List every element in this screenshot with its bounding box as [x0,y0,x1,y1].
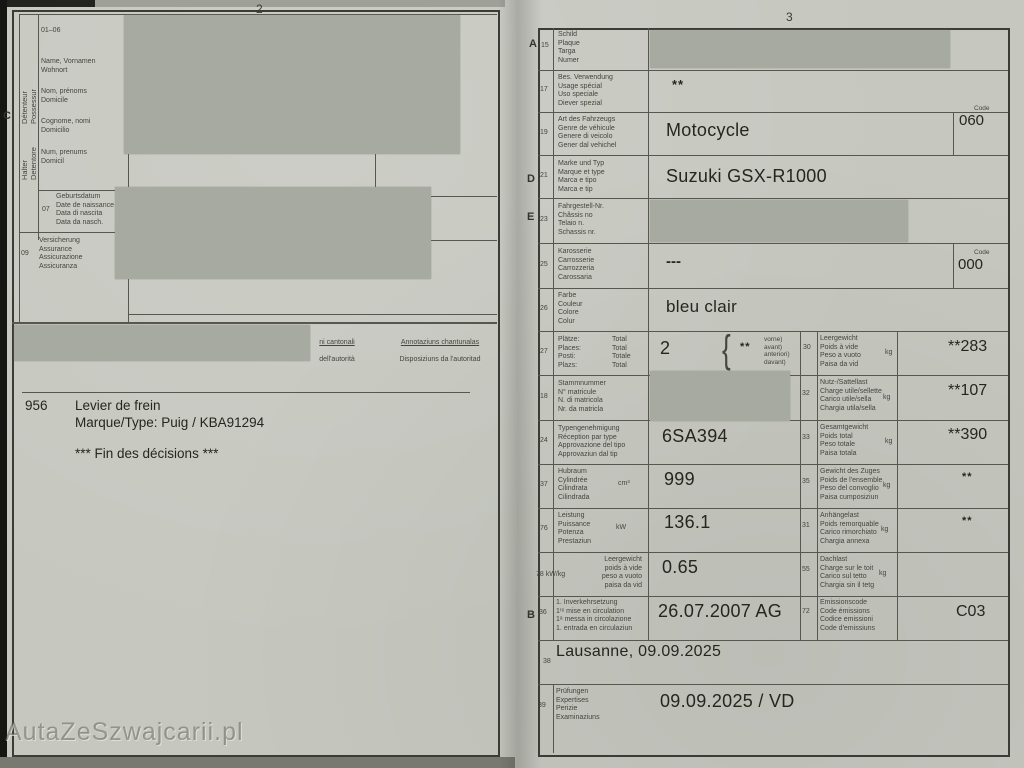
page-fold-shadow [498,0,542,768]
field-number-31: 31 [802,522,810,529]
displacement-label: Hubraum Cylindrée Cilindrata Cilindrada [558,468,590,502]
issue-value: Lausanne, 09.09.2025 [556,643,721,661]
seats-front-labels: vorne) avant) anteriori) davant) [764,336,790,366]
make-type-label: Marke und Typ Marque et type Marca e tip… [558,160,605,194]
grid-line [538,684,1008,685]
redacted-plate-number [650,30,950,68]
first-registration-label: 1. Inverkehrsetzung 1ʳᵉ mise en circulat… [556,599,632,633]
section-letter-c: C [3,110,11,122]
color-value: bleu clair [666,297,737,317]
power-weight-label: Leergewicht poids à vide peso a vuoto pa… [584,556,642,590]
grid-line [538,198,1008,199]
grid-line [538,70,1008,71]
field-number-30: 30 [803,344,811,351]
train-weight-value: ** [962,471,973,483]
field-number-35: 35 [802,478,810,485]
field-number-36: 36 [539,609,547,616]
first-registration-value: 26.07.2007 AG [658,601,782,622]
field-number-72: 72 [802,608,810,615]
redacted-holder-name [124,15,460,154]
section-letter-b: B [527,609,535,621]
vehicle-type-code-label: Code [974,105,990,112]
cantonal-header-rm: Annotaziuns chantunalas Disposiziuns da … [388,330,492,364]
empty-weight-unit: kg [885,349,892,356]
grid-line [128,314,497,315]
body-label: Karosserie Carrosserie Carrozzeria Caros… [558,248,594,282]
color-label: Farbe Couleur Colore Colur [558,292,583,326]
scan-bottom-edge [0,757,515,768]
holder-name-label-de: Name, Vornamen Wohnort [41,58,95,75]
field-number-76: 76 [540,525,548,532]
grid-line [538,508,1008,509]
payload-label: Nutz-/Sattellast Charge utile/sellette C… [820,379,882,413]
train-weight-label: Gewicht des Zuges Poids de l'ensemble Pe… [820,468,882,502]
vehicle-type-label: Art des Fahrzeugs Genre de véhicule Gene… [558,116,616,150]
power-value: 136.1 [664,512,711,533]
birthdate-label: Geburtsdatum Date de naissance Data di n… [56,193,114,227]
grid-line [538,331,1008,332]
field-number-38: 38 [543,658,551,665]
empty-weight-value: **283 [948,338,987,356]
grid-line [538,640,1008,641]
inspections-value: 09.09.2025 / VD [660,691,795,712]
grid-line [538,464,1008,465]
cantonal-header-it: ni cantonali dell'autorità [308,330,366,364]
grid-line [553,684,554,753]
emissions-label: Emissionscode Code émissions Codice emis… [820,599,875,633]
grid-line [953,243,954,288]
holder-name-label-fr: Nom, prénoms Domicile [41,88,87,105]
grid-line [648,28,649,640]
holder-name-label-rm: Num, prenums Domicil [41,149,87,166]
grid-line [800,331,801,640]
redacted-cantonal-header [14,325,310,361]
field-number-19: 19 [540,129,548,136]
seats-value: 2 [660,338,670,359]
special-use-value: ** [672,77,684,92]
serial-label: Stammnummer N° matricule N. di matricola… [558,380,606,414]
seats-label: Plätze: Places: Posti: Plazs: [558,336,581,370]
decisions-divider [22,392,470,393]
decision-line2: Marque/Type: Puig / KBA91294 [75,415,264,430]
field-number-23: 23 [540,216,548,223]
body-code-label: Code [974,249,990,256]
field-number-07: 07 [42,206,50,213]
field-number-39: 39 [538,702,546,709]
field-number-33: 33 [802,434,810,441]
grid-line [538,155,1008,156]
holder-rotated-label-de: Halter Detentore [20,124,38,180]
total-weight-value: **390 [948,426,987,444]
cantonal-header-it-line2: dell'autorità [319,356,355,363]
field-number-09: 09 [21,250,29,257]
decision-line1: Levier de frein [75,398,161,413]
inspections-label: Prüfungen Expertises Perizie Examinaziun… [556,688,600,722]
grid-line [538,596,1008,597]
grid-line [538,243,1008,244]
field-number-27: 27 [540,348,548,355]
field-number-55: 55 [802,566,810,573]
total-weight-label: Gesamtgewicht Poids total Peso totale Pa… [820,424,868,458]
vehicle-type-value: Motocycle [666,120,750,141]
vehicle-registration-scan: 2 C Détenteur Possessur Halter Detentore… [0,0,1024,768]
power-unit: kW [616,524,626,531]
type-approval-value: 6SA394 [662,426,728,447]
insurance-label: Versicherung Assurance Assicurazione Ass… [39,237,83,271]
make-type-value: Suzuki GSX-R1000 [666,166,827,187]
roof-load-label: Dachlast Charge sur le toit Carico sul t… [820,556,874,590]
body-value: --- [666,253,681,270]
field-number-21: 21 [540,172,548,179]
grid-line [553,28,554,640]
field-number-26: 26 [540,305,548,312]
type-approval-label: Typengenehmigung Réception par type Appr… [558,425,625,459]
trailer-load-label: Anhängelast Poids remorquable Carico rim… [820,512,879,546]
cantonal-header-it-line1: ni cantonali [319,339,354,346]
train-weight-unit: kg [883,482,890,489]
holder-rotated-label-fr: Détenteur Possessur [20,56,38,124]
power-weight-value: 0.65 [662,557,698,578]
field-range-label: 01–06 [41,27,60,36]
redacted-serial-number [650,371,790,421]
section-letter-e: E [527,211,534,223]
chassis-label: Fahrgestell-Nr. Châssis no Telaio n. Sch… [558,203,604,237]
grid-line [953,112,954,155]
section-letter-d: D [527,173,535,185]
field-number-17: 17 [540,86,548,93]
right-page-number: 3 [786,10,793,24]
body-code-value: 000 [958,256,983,273]
holder-name-label-it: Cognome, nomi Domicilio [41,118,90,135]
field-number-78: 78 kW/kg [536,571,565,578]
grid-line [538,288,1008,289]
payload-unit: kg [883,394,890,401]
payload-value: **107 [948,382,987,400]
displacement-unit: cm³ [618,480,630,487]
redacted-chassis-number [650,200,908,242]
emissions-value: C03 [956,603,985,621]
grid-line [538,112,1008,113]
power-label: Leistung Puissance Potenza Prestaziun [558,512,591,546]
cantonal-header-rm-line2: Disposiziuns da l'autoritad [399,356,480,363]
field-number-15: 15 [541,42,549,49]
total-weight-unit: kg [885,438,892,445]
decision-line3: *** Fin des décisions *** [75,446,218,461]
section-letter-a: A [529,38,537,50]
seats-total-label: Total Total Totale Total [612,336,631,370]
field-number-18: 18 [540,393,548,400]
grid-line [12,322,497,324]
seats-front-brace: { [722,326,731,373]
decision-code: 956 [25,398,48,413]
plate-label: Schild Plaque Targa Numer [558,31,580,65]
vehicle-type-code-value: 060 [959,112,984,129]
scan-top-corner [0,0,95,7]
roof-load-unit: kg [879,570,886,577]
displacement-value: 999 [664,469,695,490]
cantonal-header-rm-line1: Annotaziuns chantunalas [401,339,479,346]
trailer-load-unit: kg [881,526,888,533]
seats-front-note: ** [740,341,751,353]
grid-line [538,552,1008,553]
grid-line [817,331,818,640]
grid-line [897,331,898,640]
field-number-37: 37 [540,481,548,488]
empty-weight-label: Leergewicht Poids à vide Peso a vuoto Pa… [820,335,861,369]
redacted-holder-address [115,187,431,279]
field-number-24: 24 [540,437,548,444]
trailer-load-value: ** [962,515,973,527]
field-number-25: 25 [540,261,548,268]
watermark: AutaZeSzwajcarii.pl [5,718,244,747]
grid-line [38,14,39,240]
field-number-32: 32 [802,390,810,397]
special-use-label: Bes. Verwendung Usage spécial Uso specia… [558,74,613,108]
